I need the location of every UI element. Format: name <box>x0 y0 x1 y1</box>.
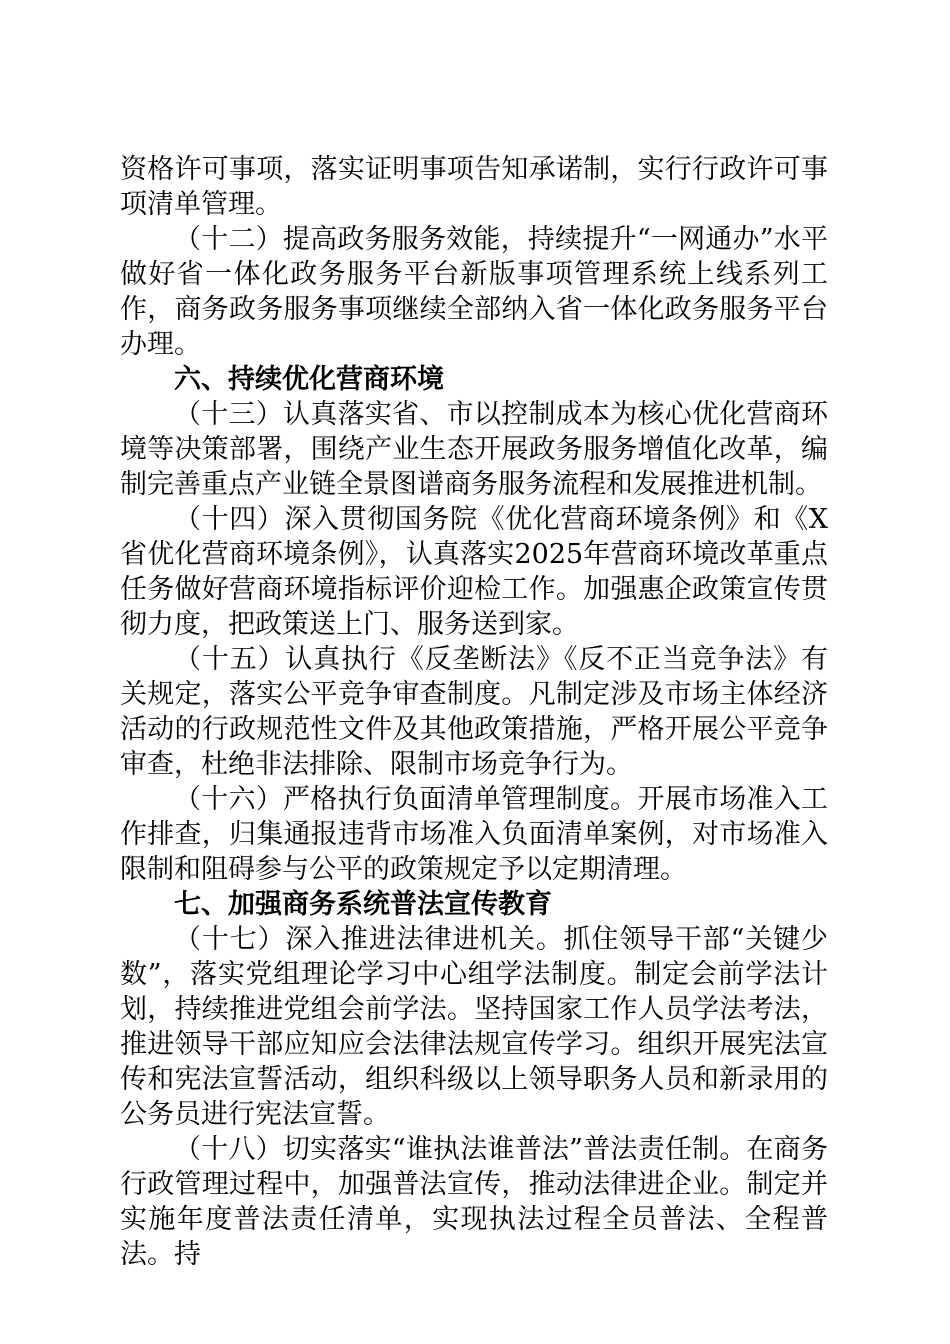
section-heading: 六、持续优化营商环境 <box>120 362 828 397</box>
document-body: 资格许可事项，落实证明事项告知承诺制，实行行政许可事项清单管理。（十二）提高政务… <box>120 152 828 1272</box>
paragraph: （十二）提高政务服务效能，持续提升“一网通办”水平做好省一体化政务服务平台新版事… <box>120 222 828 362</box>
paragraph: 资格许可事项，落实证明事项告知承诺制，实行行政许可事项清单管理。 <box>120 152 828 222</box>
document-page: 资格许可事项，落实证明事项告知承诺制，实行行政许可事项清单管理。（十二）提高政务… <box>0 0 950 1344</box>
paragraph: （十六）严格执行负面清单管理制度。开展市场准入工作排查，归集通报违背市场准入负面… <box>120 782 828 887</box>
paragraph: （十五）认真执行《反垄断法》《反不正当竞争法》有关规定，落实公平竞争审查制度。凡… <box>120 642 828 782</box>
paragraph: （十四）深入贯彻国务院《优化营商环境条例》和《X省优化营商环境条例》，认真落实2… <box>120 502 828 642</box>
paragraph: （十七）深入推进法律进机关。抓住领导干部“关键少数”，落实党组理论学习中心组学法… <box>120 922 828 1132</box>
paragraph: （十八）切实落实“谁执法谁普法”普法责任制。在商务行政管理过程中，加强普法宣传，… <box>120 1132 828 1272</box>
section-heading: 七、加强商务系统普法宣传教育 <box>120 887 828 922</box>
paragraph: （十三）认真落实省、市以控制成本为核心优化营商环境等决策部署，围绕产业生态开展政… <box>120 397 828 502</box>
